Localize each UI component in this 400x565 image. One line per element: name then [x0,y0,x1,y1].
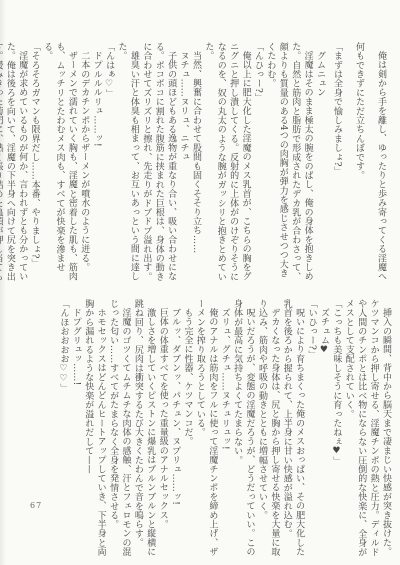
sfx-line: ブルッ、ダブンッ、パチュン、ヌプリュ……ッ! [169,299,181,558]
narration-line: 俺以上に肥大化した淫魔のメス乳首が、こちらの胸をグニグニと押し潰してくる。反射的… [202,42,252,287]
narration-line: 雄臭い汗と体臭も相まって、お互いあっという間に達した。 [115,42,140,287]
dialogue-line: 「んはぁ♡」 [103,42,115,287]
narration-line: 二本のデカチンポからザーメンが噴水のように迸る。 [78,42,90,287]
narration-line: 淫魔のゴツくてムチムチな肉体の感触、汗とフェロモンの混じった匂い……すべてがたま… [107,299,132,558]
narration-line: 子供の頭ほどもある逸物が重なり合い、吸い合わせになる。ボコボコに割れた腹筋に挟ま… [140,42,177,287]
sfx-line: ズリュ、グチュ……ヌチュリュッ! [218,299,230,558]
sfx-line: グムニュン [314,42,326,287]
sfx-line: ヌチュ……ヌリュ、ニチュ [177,42,189,287]
narration-line: ザーメンで濡れていく胸も、淫魔と密着した肌も、筋肉も、ムッチリとたわむメス肉も、… [41,42,78,287]
bottom-text-band: 挿入の瞬間、背中から脳天まで凄まじい快感が突き抜けた。ケツマンコから押し寄せる、… [22,299,392,558]
narration-line: 当然、興奮に合わせて股間も固くそそり立ち…… [190,42,202,287]
dialogue-line: 「こっちも美味しそうに育ったねぇ♥」 [330,299,342,558]
dialogue-line: 「んひっー?」 [252,42,264,287]
sfx-line: ドプグリュッ……! [69,299,81,558]
dialogue-line: 「まずは全身で愉しみましょ?」 [326,42,348,287]
top-text-band: 俺は剣から手を離し、ゆったりと歩み寄ってくる淫魔へ何もできずにただ立ちんぼです。… [22,42,392,287]
narration-line: 激しさを増していくピストンに爆乳はブルンブルンと縦横に跳ね回り、尻肉は衝突するた… [131,299,156,558]
sfx-line: ズチュム♥ [318,299,330,558]
narration-line: もう完全に性器、ケツマンコだ。 [181,299,193,558]
narration-line: ホモセックスはどんどんヒートアップしていき、下半身と両胸から漏れるような快楽が溢… [82,299,107,558]
narration-line: 俺のアナルは筋肉をフルに使って淫魔チンポを締め上げ、ザーメンを搾り取ろうとしてい… [194,299,219,558]
manga-novel-page: 俺は剣から手を離し、ゆったりと歩み寄ってくる淫魔へ何もできずにただ立ちんぼです。… [0,0,400,565]
dialogue-line: 「そろそろガマンも限界だし……本番、やりましょ?」 [28,42,40,287]
narration-line: デカくなった身体は、尻と胸から押し寄せる快楽を大量に取り込み、筋肉や呼吸の動きと… [256,299,281,558]
page-number: 67 [30,501,42,510]
narration-line: 俺は剣から手を離し、ゆったりと歩み寄ってくる淫魔へ何もできずにただ立ちんぼです。 [348,42,392,287]
sfx-line: ドプルルルリュ……ッ! [90,42,102,287]
narration-line: 挿入の瞬間、背中から脳天まで凄まじい快感が突き抜けた。ケツマンコから押し寄せる、… [342,299,392,558]
dialogue-line: 「いひっー?」 [305,299,317,558]
dialogue-line: 「んほおおおお♡♡」 [57,299,69,558]
narration-line: 呪いだろうが、変態の淫魔だろうが、どうだっていい。この身体が最高に気持ちよくてた… [231,299,256,558]
narration-line: 巨体の体重すべてを使った重量級のアナルセックス。 [156,299,168,558]
narration-line: 淫魔が求めているものが何か、言われずとも分かっていた。俺は後ろを向いて、淫魔の下… [0,42,28,287]
narration-line: 呪いにより育ちまくった俺のメスおっぱい、その肥大化した乳首を後ろから握られて、上… [280,299,305,558]
narration-line: 淫魔はそのまま極太の腕をのばし、俺の身体を抱きしめた。自然と筋肉と脂肪で形成され… [264,42,314,287]
